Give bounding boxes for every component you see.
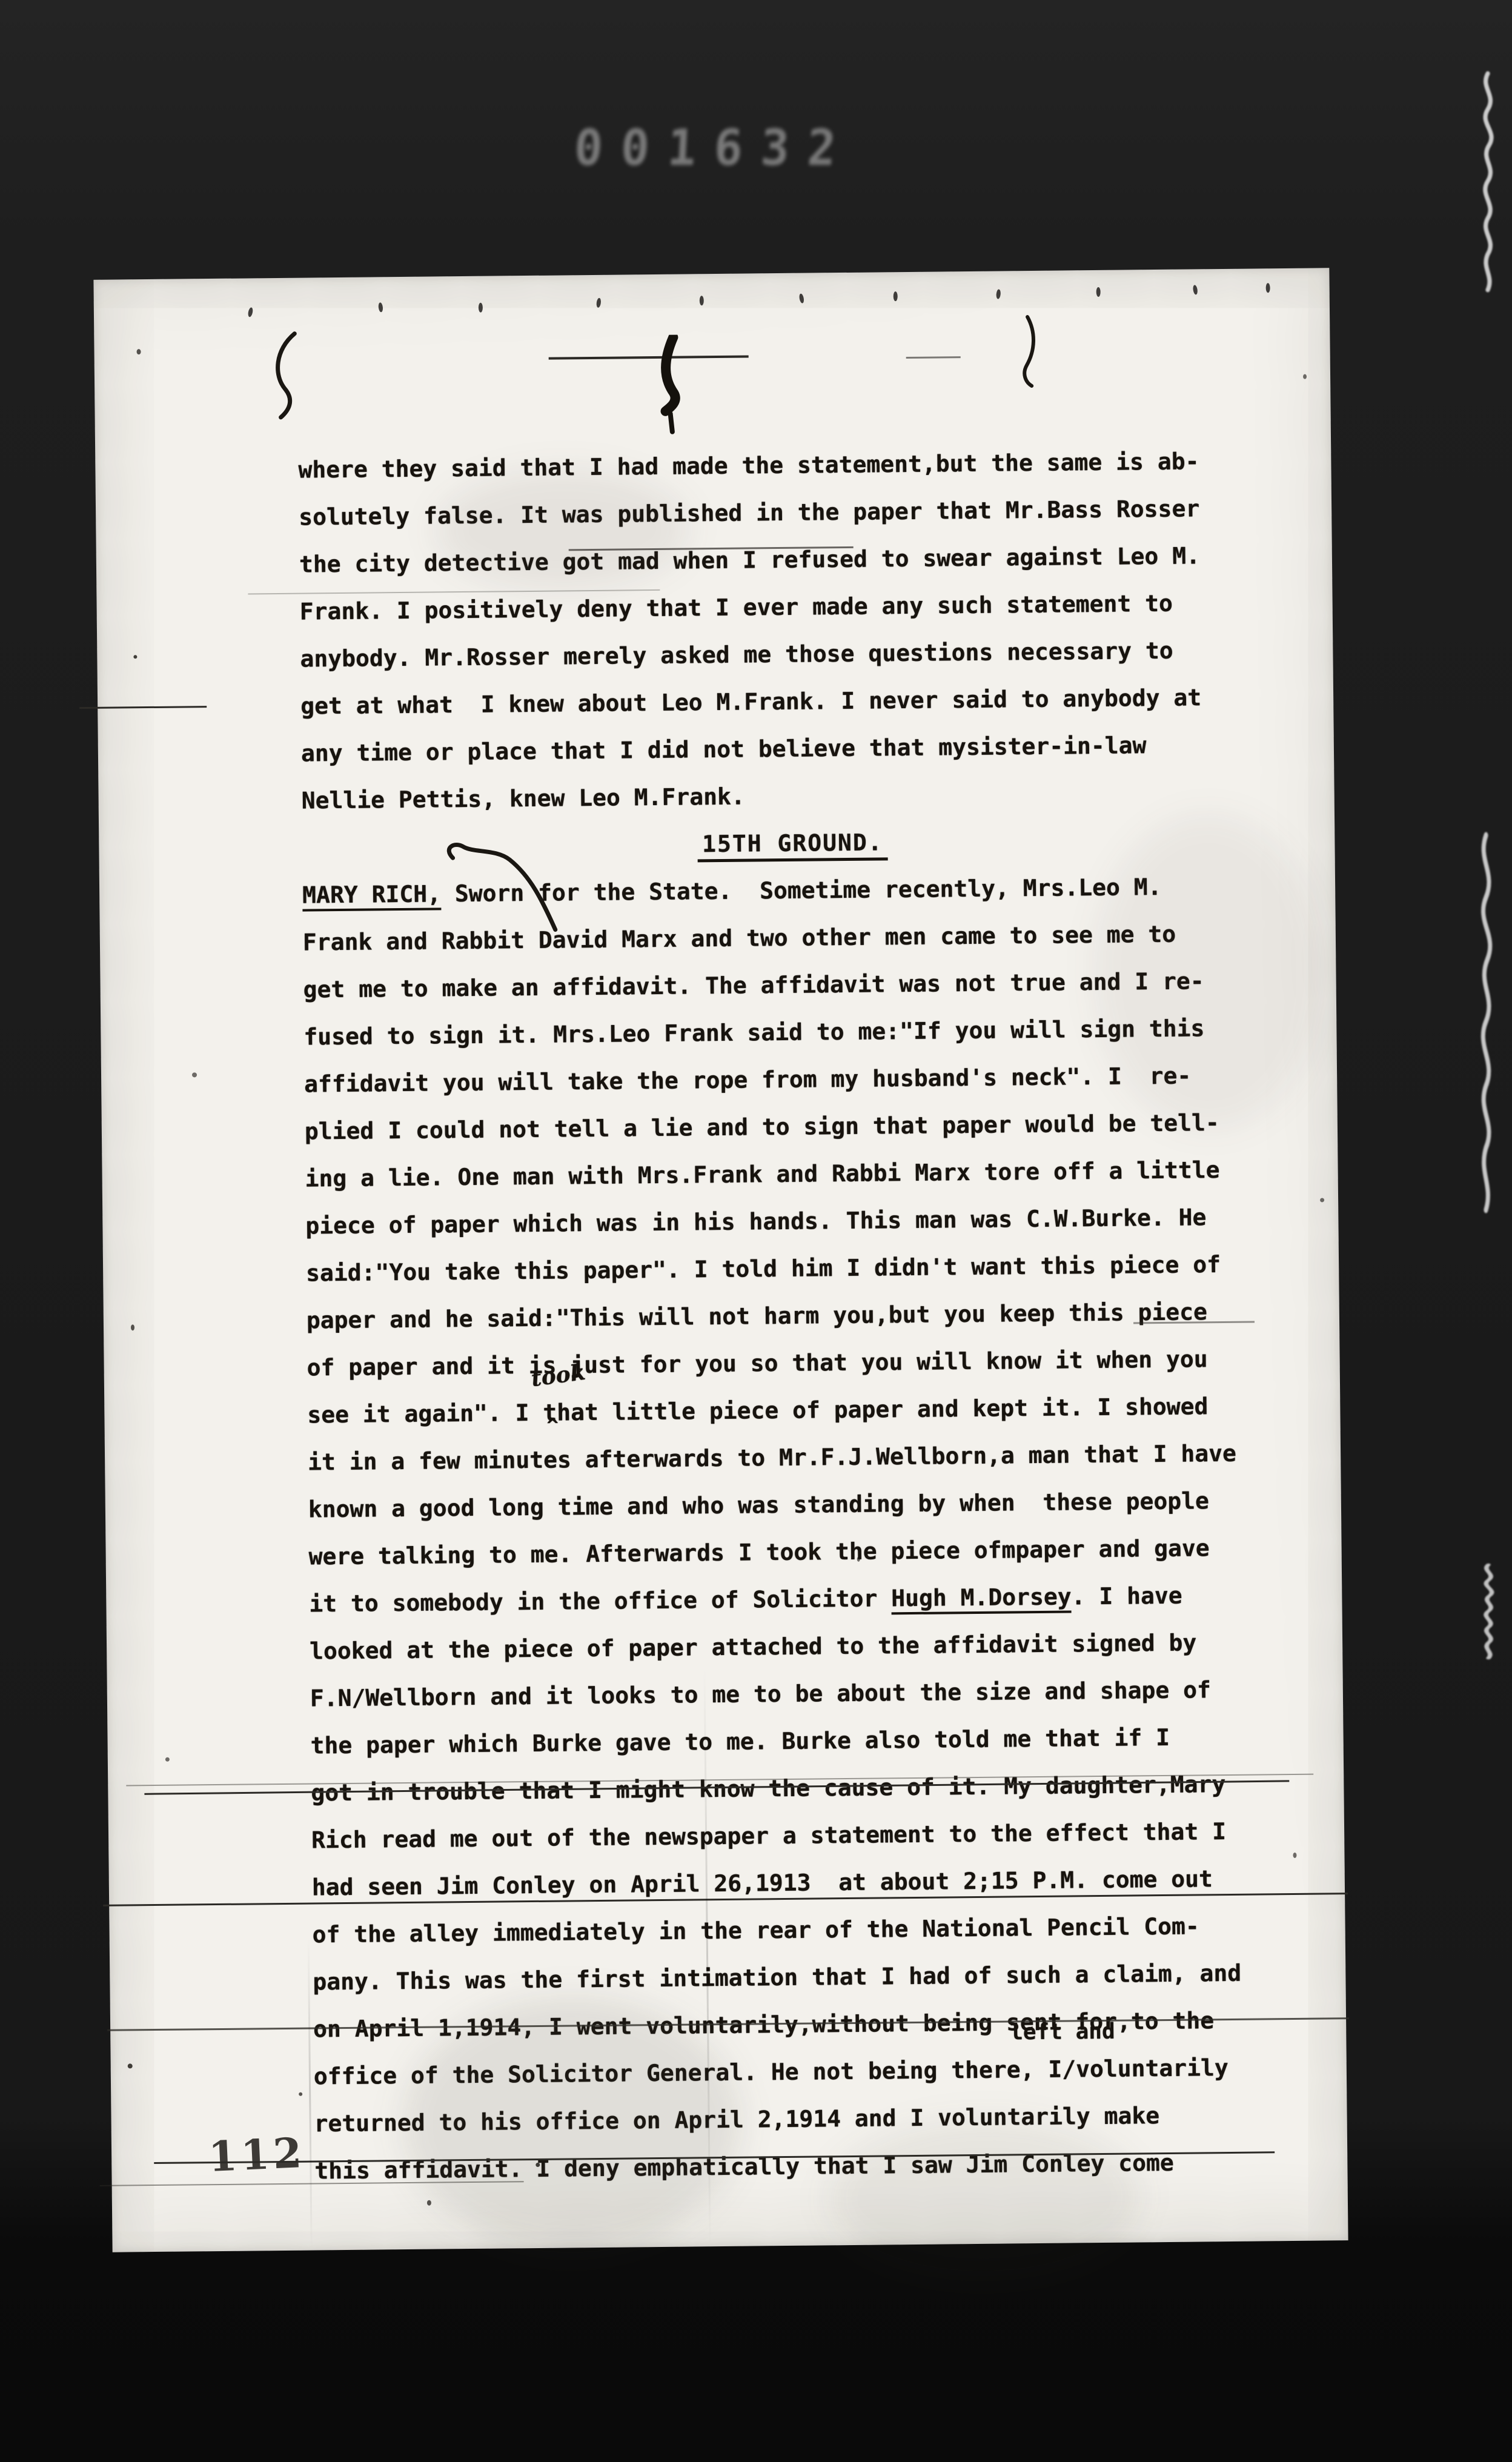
scan-speck [1266,283,1270,293]
scan-speck [996,289,1001,299]
scan-speck [1096,287,1101,297]
scan-artifact-line [79,706,207,709]
scan-speck [1193,285,1198,295]
scan-speck [165,1757,170,1762]
caret-mark: ^ [546,1416,559,1435]
film-edge-scribble [1469,70,1507,294]
scan-speck [378,302,383,313]
scan-smudge [1092,813,1325,1130]
film-edge-scribble [1471,1563,1506,1660]
inserted-text: left and [1010,2020,1115,2045]
page-number: 112 [207,2129,306,2182]
ink-mark [1018,314,1043,393]
scan-speck [1303,374,1307,379]
scan-speck [894,291,898,301]
handwritten-flourish [438,838,566,937]
scan-smudge [401,1994,743,2252]
ink-mark [657,334,695,438]
paper-crease [308,1938,313,2251]
typewritten-text-block: where they said that I had made the stat… [298,437,1296,2194]
scan-artifact-line [549,355,749,359]
scan-speck [857,1557,860,1562]
film-frame-number: 001632 [573,120,856,178]
scan-speck [596,297,602,308]
scanned-microfilm-frame: { "scan": { "stamp_number": "001632", "p… [0,0,1512,2462]
scan-speck [137,349,141,354]
document-page: where they said that I had made the stat… [93,268,1348,2252]
scan-speck [427,2200,431,2206]
scan-artifact-line [906,356,961,359]
scan-speck [535,2163,540,2167]
scan-speck [479,303,483,313]
ink-mark [267,331,303,423]
scan-speck [299,2092,302,2096]
film-edge-scribble [1465,829,1507,1216]
scan-speck [128,2063,133,2068]
scan-speck [133,655,137,659]
scan-speck [798,293,804,304]
scan-speck [1320,1198,1324,1202]
scan-speck [1293,1853,1296,1858]
scan-speck [700,296,704,305]
scan-speck [131,1324,134,1330]
scan-speck [192,1072,197,1077]
scan-speck [247,307,253,317]
